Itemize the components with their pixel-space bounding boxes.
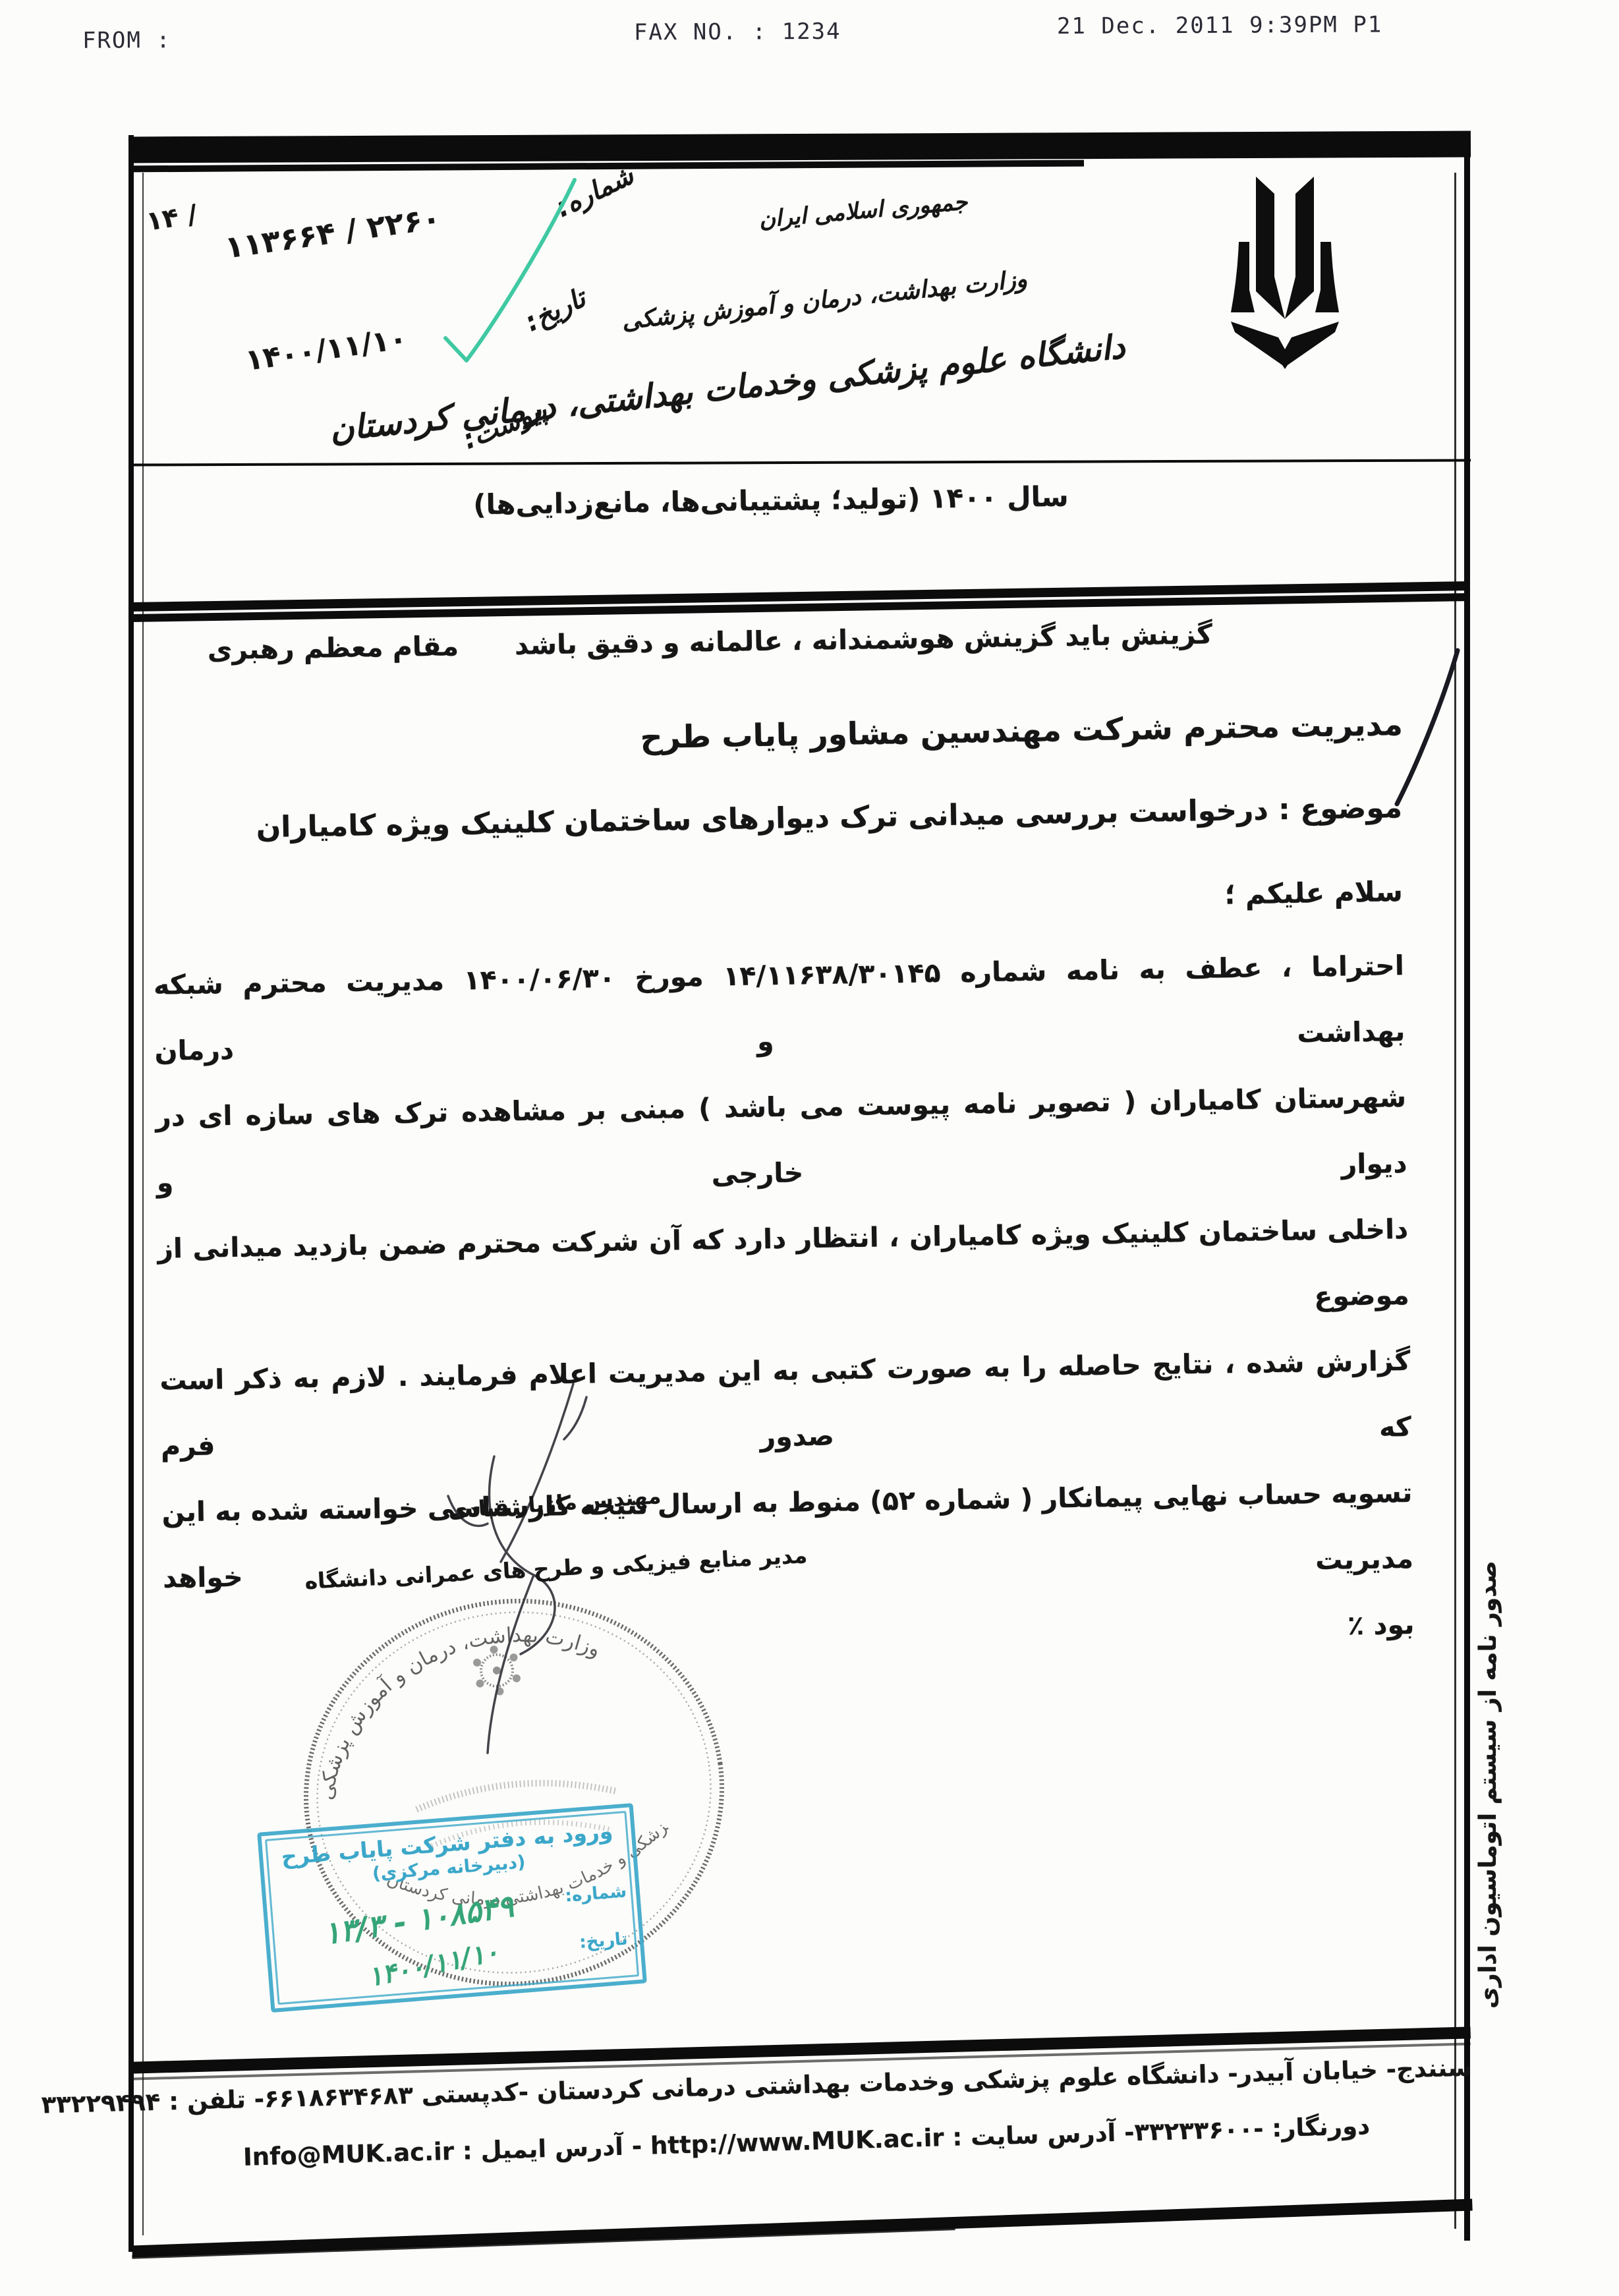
fax-document-page: FROM : FAX NO. : 1234 21 Dec. 2011 9:39P… (0, 0, 1619, 2296)
footer-contact-line: دورنگار: -۳۳۲۳۳۶۰۰- آدرس سایت : http://w… (141, 2109, 1472, 2174)
year-slogan: سال ۱۴۰۰ (تولید؛ پشتیبانی‌ها، مانع‌زدایی… (198, 476, 1345, 525)
body-line: گزارش شده ، نتایج حاصله را به صورت کتبی … (159, 1328, 1412, 1479)
pen-slash-mark (1384, 643, 1469, 814)
fax-datetime: 21 Dec. 2011 9:39PM P1 (1057, 11, 1383, 40)
letterhead-country: جمهوری اسلامی ایران (698, 183, 1029, 238)
round-stamp-top-text: وزارت بهداشت، درمان و آموزش پزشکی (294, 1610, 621, 1805)
frame-right-border-inner (1454, 173, 1456, 2229)
body-line: شهرستان کامیاران ( تصویر نامه پیوست می ب… (155, 1064, 1407, 1216)
fax-header: FROM : FAX NO. : 1234 21 Dec. 2011 9:39P… (0, 0, 1619, 76)
frame-left-border (128, 135, 134, 2252)
salutation: سلام علیکم ؛ (1224, 875, 1403, 911)
national-emblem (1216, 173, 1354, 370)
body-line: احتراما ، عطف به نامه شماره ۱۴/۱۱۶۳۸/۳۰۱… (153, 933, 1406, 1084)
letterhead-separator (128, 459, 1471, 466)
svg-text:وزارت بهداشت، درمان و آموزش پز: وزارت بهداشت، درمان و آموزش پزشکی (294, 1610, 621, 1805)
quote-text: گزینش باید گزینش هوشمندانه ، عالمانه و د… (515, 618, 1213, 661)
body-line: داخلی ساختمان کلینیک ویژه کامیاران ، انت… (157, 1196, 1410, 1348)
letterhead-ministry: وزارت بهداشت، درمان و آموزش پزشکی (685, 266, 1028, 328)
quote-line: گزینش باید گزینش هوشمندانه ، عالمانه و د… (395, 618, 1213, 662)
frame-left-border-inner (142, 173, 144, 2235)
frame-top-bar (128, 131, 1471, 163)
fax-from-label: FROM : (82, 27, 171, 54)
ref-number-prefix: ۱۴ / (144, 199, 200, 237)
fax-number: FAX NO. : 1234 (634, 18, 841, 46)
subject-line: موضوع : درخواست بررسی میدانی ترک دیوارها… (256, 791, 1403, 844)
recipient-line: مدیریت محترم شرکت مهندسین مشاور پایاب طر… (640, 706, 1403, 756)
entry-stamp-date-label: تاریخ: (579, 1929, 629, 1953)
entry-stamp: ورود به دفتر شرکت پایاب طرح (دبیرخانه مر… (257, 1803, 647, 2013)
entry-stamp-number-label: شماره: (564, 1881, 627, 1906)
side-note-vertical: صدور نامه از سیستم اتوماسیون اداری (1475, 1561, 1521, 2088)
frame-right-border (1464, 135, 1470, 2241)
quote-attribution: مقام معظم رهبری (207, 630, 459, 666)
ref-number-value: ۲۲۶۰ / ۱۱۳۶۶۴ (216, 199, 449, 266)
checkmark-pen-stroke (435, 168, 606, 386)
date-value: ۱۴۰۰/۱۱/۱۰ (226, 319, 426, 380)
